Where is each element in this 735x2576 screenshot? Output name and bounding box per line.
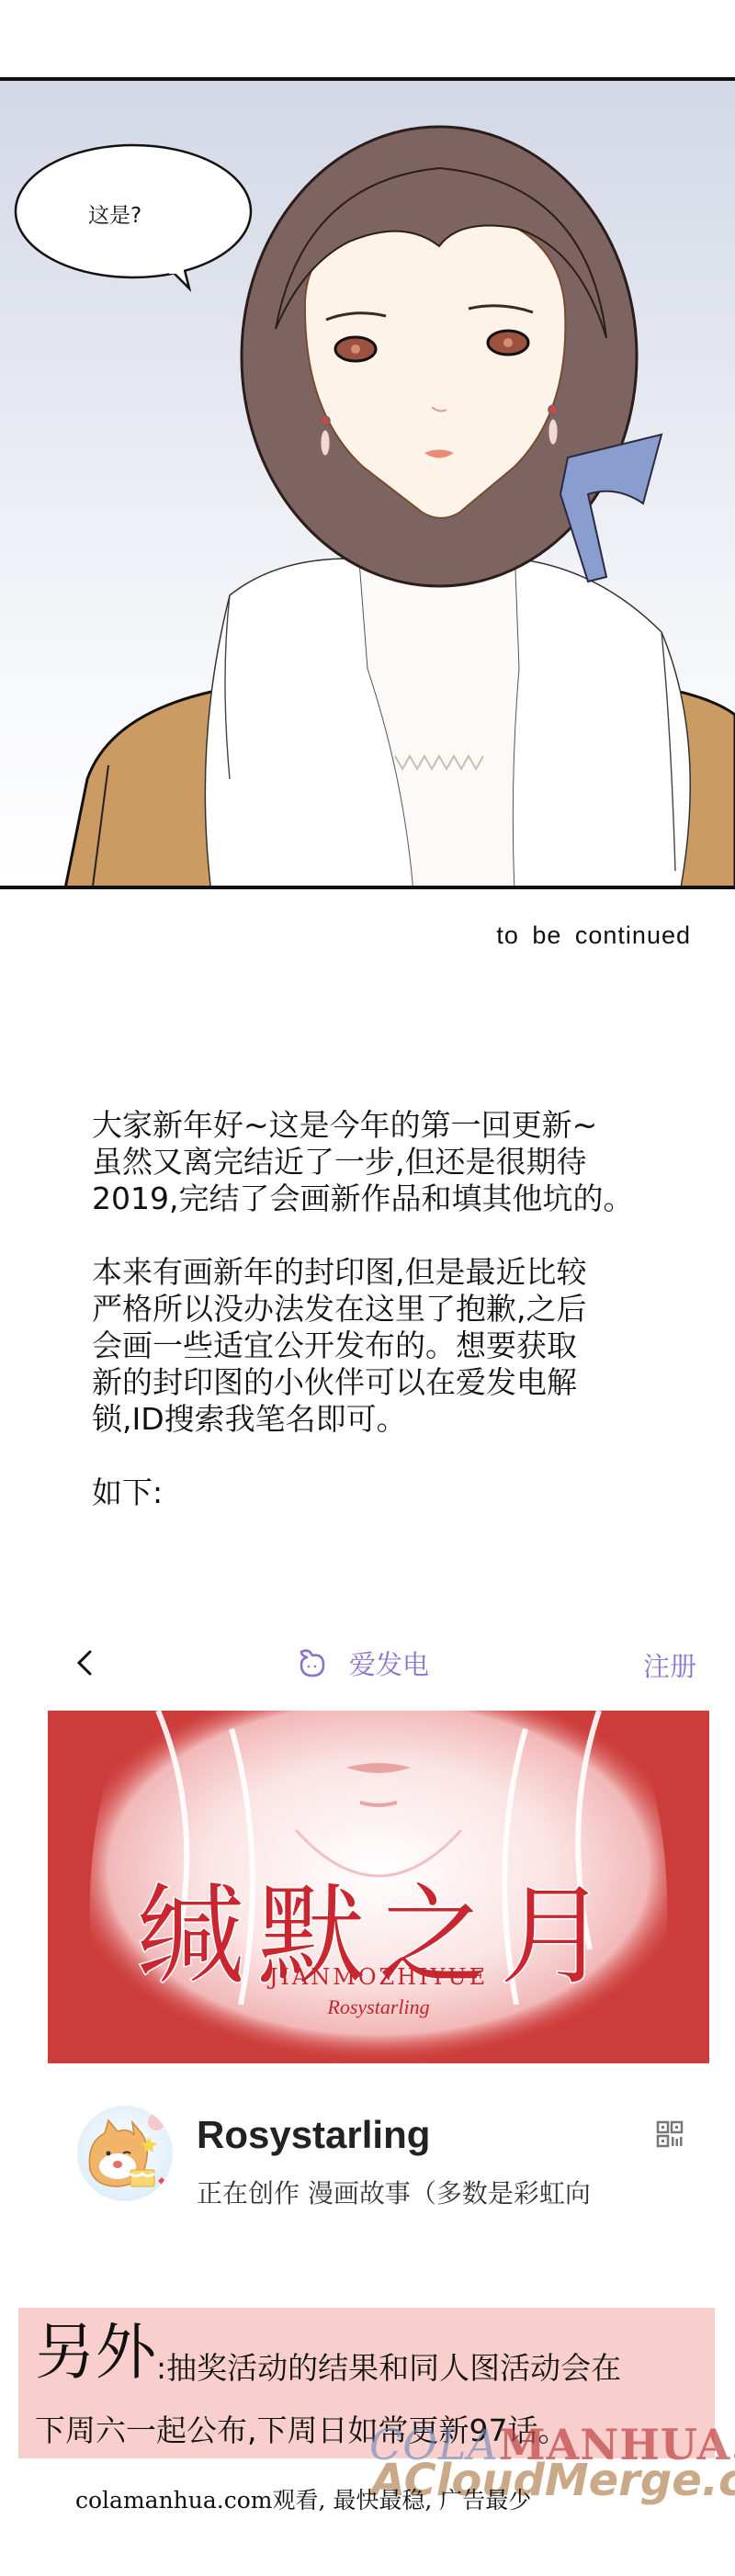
note-line: 会画一些适宜公开发布的。想要获取	[92, 1328, 717, 1364]
announcement-line-1: :抽奖活动的结果和同人图活动会在	[156, 2344, 621, 2388]
afdian-logo-icon	[296, 1646, 329, 1679]
speech-bubble-text: 这是?	[88, 198, 141, 229]
note-line: 本来有画新年的封印图,但是最近比较	[92, 1254, 717, 1291]
register-link[interactable]: 注册	[643, 1646, 696, 1684]
note-line: 锁,ID搜索我笔名即可。	[92, 1401, 717, 1438]
shiba-avatar-icon	[77, 2106, 173, 2201]
app-header: 爱发电 注册	[0, 1635, 735, 1690]
note-line: 严格所以没办法发在这里了抱歉,之后	[92, 1291, 717, 1328]
note-line: 虽然又离完结近了一步,但还是很期待	[92, 1144, 717, 1181]
creator-profile: Rosystarling 正在创作 漫画故事（多数是彩虹向	[0, 2085, 735, 2214]
to-be-continued-text: to be continued	[496, 921, 691, 950]
chevron-left-icon[interactable]	[68, 1644, 105, 1681]
note-paragraph-3: 如下:	[92, 1474, 717, 1511]
author-note: 大家新年好~这是今年的第一回更新~ 虽然又离完结近了一步,但还是很期待 2019…	[92, 1107, 717, 1548]
banner-author: Rosystarling	[48, 1995, 709, 2019]
creator-name[interactable]: Rosystarling	[197, 2113, 430, 2157]
banner-subtitle: JIANMOZHIYUE	[48, 1964, 709, 1990]
announcement-label: 另外	[35, 2321, 156, 2385]
note-line: 2019,完结了会画新作品和填其他坑的。	[92, 1181, 717, 1217]
qr-code-icon[interactable]	[656, 2120, 684, 2148]
note-line: 新的封印图的小伙伴可以在爱发电解	[92, 1364, 717, 1401]
brand-name: 爱发电	[349, 1644, 429, 1682]
brand-link[interactable]: 爱发电	[296, 1643, 429, 1683]
footer-text: colamanhua.com观看, 最快最稳, 广告最少	[75, 2482, 531, 2515]
comic-panel: 这是?	[0, 77, 735, 889]
note-line: 如下:	[92, 1474, 717, 1511]
avatar[interactable]	[77, 2106, 173, 2201]
creator-description: 正在创作 漫画故事（多数是彩虹向	[197, 2174, 591, 2210]
note-line: 大家新年好~这是今年的第一回更新~	[92, 1107, 717, 1144]
cover-banner: 缄默之月 JIANMOZHIYUE Rosystarling	[48, 1711, 709, 2063]
note-paragraph-2: 本来有画新年的封印图,但是最近比较 严格所以没办法发在这里了抱歉,之后 会画一些…	[92, 1254, 717, 1438]
note-paragraph-1: 大家新年好~这是今年的第一回更新~ 虽然又离完结近了一步,但还是很期待 2019…	[92, 1107, 717, 1217]
